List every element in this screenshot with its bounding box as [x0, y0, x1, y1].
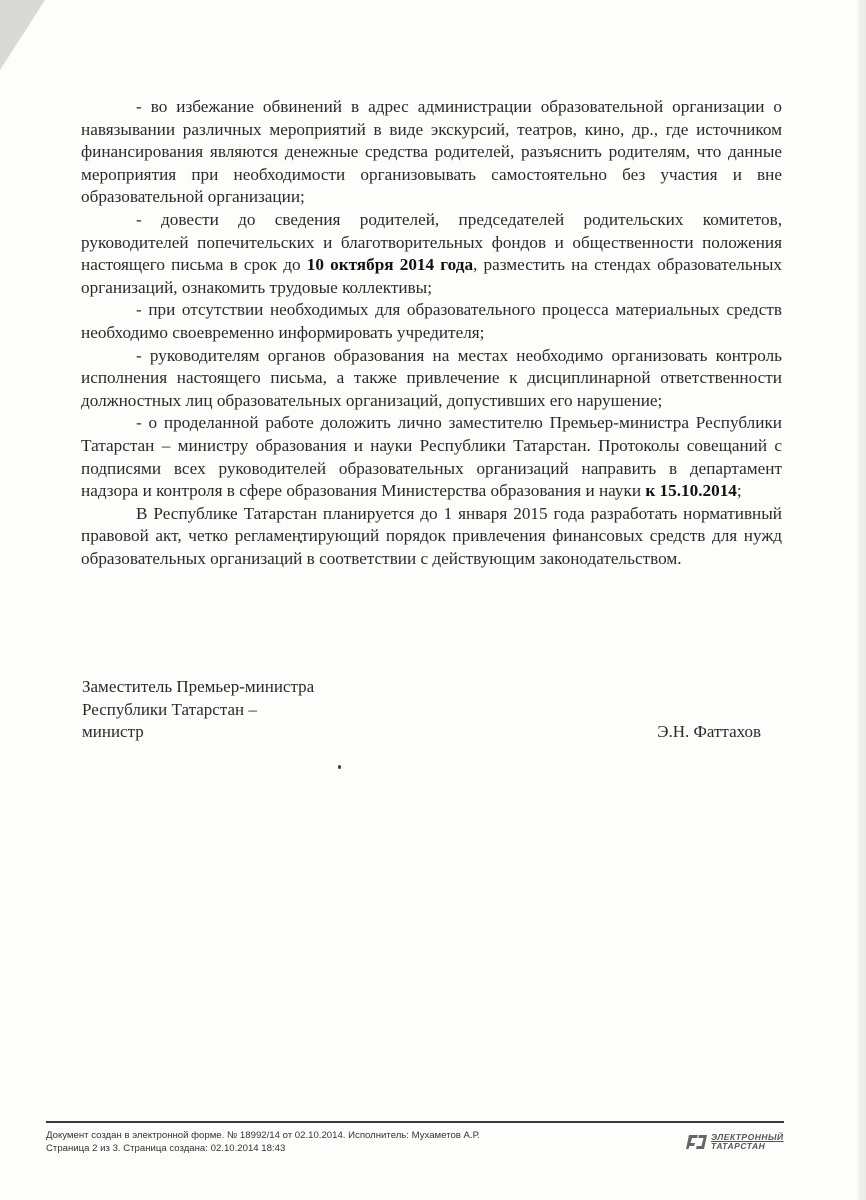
signature-block: Заместитель Премьер-министра Республики … — [82, 676, 782, 744]
paragraph-text: В Республике Татарстан планируется до 1 … — [81, 504, 782, 568]
page-fold-shadow — [0, 0, 45, 70]
bold-deadline: к 15.10.2014 — [645, 481, 737, 500]
paragraph: - довести до сведения родителей, председ… — [81, 209, 782, 299]
letter-body: - во избежание обвинений в адрес админис… — [81, 96, 782, 570]
footer-divider — [46, 1121, 784, 1123]
footer-info: Документ создан в электронной форме. № 1… — [46, 1130, 480, 1155]
paragraph: - во избежание обвинений в адрес админис… — [81, 96, 782, 209]
electronic-tatarstan-logo: ЭЛЕКТРОННЫЙ ТАТАРСТАН — [686, 1128, 784, 1156]
paragraph-text: - руководителям органов образования на м… — [81, 346, 782, 410]
footer-document-info: Документ создан в электронной форме. № 1… — [46, 1130, 480, 1143]
scan-speck — [338, 765, 341, 769]
signatory-title-line-2: Республики Татарстан – — [82, 699, 782, 722]
paragraph: - о проделанной работе доложить лично за… — [81, 412, 782, 502]
paragraph-text: - во избежание обвинений в адрес админис… — [81, 97, 782, 206]
paragraph: - при отсутствии необходимых для образов… — [81, 299, 782, 344]
paragraph-text: ; — [737, 481, 742, 500]
signatory-name: Э.Н. Фаттахов — [657, 721, 761, 744]
scan-speck — [300, 540, 302, 543]
bold-deadline: 10 октября 2014 года — [307, 255, 473, 274]
logo-text-line-2: ТАТАРСТАН — [711, 1142, 784, 1152]
paragraph: В Республике Татарстан планируется до 1 … — [81, 503, 782, 571]
logo-mark-icon — [686, 1133, 708, 1151]
paragraph-text: - при отсутствии необходимых для образов… — [81, 300, 782, 342]
footer-page-info: Страница 2 из 3. Страница создана: 02.10… — [46, 1143, 480, 1156]
signatory-title-line-1: Заместитель Премьер-министра — [82, 676, 782, 699]
page-edge-shadow — [858, 0, 866, 1200]
paragraph: - руководителям органов образования на м… — [81, 345, 782, 413]
